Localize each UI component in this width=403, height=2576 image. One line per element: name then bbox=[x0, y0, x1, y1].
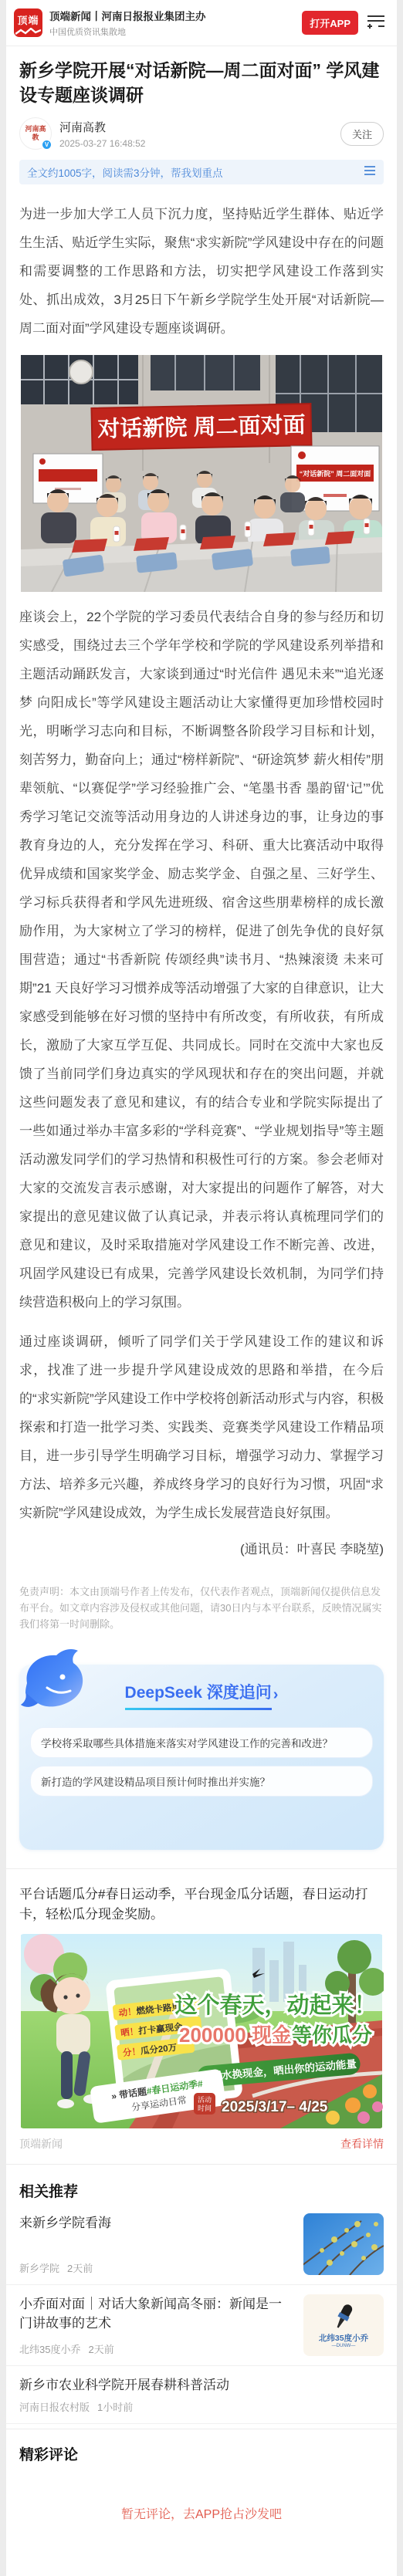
related-title: 来新乡学院看海 bbox=[19, 2213, 294, 2233]
masthead-subtitle: 中国优质资讯集散地 bbox=[49, 25, 296, 38]
related-meta: 北纬35度小乔2天前 bbox=[19, 2334, 294, 2356]
paragraph-3: 通过座谈调研，倾听了同学们关于学风建设工作的建议和诉求，找准了进一步提升学风建设… bbox=[19, 1327, 384, 1527]
masthead-title: 顶端新闻丨河南日报报业集团主办 bbox=[49, 8, 296, 23]
related-thumbnail-sky bbox=[303, 2213, 384, 2275]
svg-text:200000 现金等你瓜分: 200000 现金等你瓜分 bbox=[179, 2023, 372, 2047]
banner-dates: 2025/3/17– 4/25 bbox=[222, 2099, 328, 2115]
page: 顶端 顶端新闻丨河南日报报业集团主办 中国优质资讯集散地 打开APP 新乡学院开… bbox=[6, 0, 397, 2576]
related-item-3[interactable]: 新乡市农业科学院开展春耕科普活动 河南日报农村版1小时前 bbox=[6, 2366, 397, 2424]
publish-timestamp: 2025-03-27 16:48:52 bbox=[59, 138, 340, 149]
author-meta: 河南高教 2025-03-27 16:48:52 bbox=[59, 119, 340, 149]
masthead-text: 顶端新闻丨河南日报报业集团主办 中国优质资讯集散地 bbox=[49, 8, 296, 38]
view-details-link[interactable]: 查看详情 bbox=[340, 2136, 384, 2152]
related-thumbnail-mic: 北纬35度小乔 —DUNW— bbox=[303, 2294, 384, 2356]
logo-wave-icon bbox=[15, 28, 41, 35]
verified-badge-icon: V bbox=[41, 139, 52, 150]
article-title: 新乡学院开展“对话新院—周二面对面” 学风建设专题座谈调研 bbox=[6, 46, 397, 107]
follow-button[interactable]: 关注 bbox=[340, 122, 384, 146]
article-photo[interactable]: 对话新院 周二面对面 “对话新院” 周二面对面 bbox=[19, 355, 384, 592]
deepseek-title: DeepSeek 深度追问 bbox=[125, 1680, 272, 1710]
paragraph-2: 座谈会上，22个学院的学习委员代表结合自身的参与经历和切实感受，围绕过去三个学年… bbox=[19, 603, 384, 1317]
deepseek-question-1[interactable]: 学校将采取哪些具体措施来落实对学风建设工作的完善和改进？ bbox=[30, 1727, 373, 1758]
svg-text:活动: 活动 bbox=[198, 2095, 212, 2104]
chevron-right-icon: › bbox=[273, 1686, 279, 1704]
svg-text:时间: 时间 bbox=[198, 2104, 212, 2112]
promo-banner[interactable]: 动！燃烧卡路里 晒！打卡赢现金 分！瓜分20万 这个春天，动起来！ 200000… bbox=[19, 1934, 384, 2128]
related-header: 相关推荐 bbox=[6, 2165, 397, 2204]
deepseek-section: DeepSeek 深度追问 › 学校将采取哪些具体措施来落实对学风建设工作的完善… bbox=[19, 1665, 384, 1850]
promo-footer: 顶端新闻 查看详情 bbox=[6, 2128, 397, 2152]
photo-banner-text: 对话新院 周二面对面 bbox=[97, 412, 306, 442]
article-body: 为进一步加大学工人员下沉力度，坚持贴近学生群体、贴近学生生活、贴近学生实际，聚焦… bbox=[6, 184, 397, 1632]
correspondent-line: (通讯员：叶喜民 李晓堃) bbox=[19, 1535, 384, 1564]
paragraph-1: 为进一步加大学工人员下沉力度，坚持贴近学生群体、贴近学生生活、贴近学生实际，聚焦… bbox=[19, 200, 384, 343]
deepseek-question-2[interactable]: 新打造的学风建设精品项目预计何时推出并实施？ bbox=[30, 1766, 373, 1797]
deepseek-whale-icon bbox=[16, 1648, 93, 1716]
list-lines-icon bbox=[364, 165, 376, 180]
banner-headline: 这个春天，动起来！ bbox=[174, 1993, 376, 2018]
open-app-button[interactable]: 打开APP bbox=[302, 11, 358, 35]
photo-screen-text: “对话新院” 周二面对面 bbox=[300, 469, 371, 478]
microphone-icon bbox=[330, 2303, 357, 2331]
comments-section: 精彩评论 暂无评论，去APP抢占沙发吧 bbox=[6, 2429, 397, 2576]
related-title: 小乔面对面｜对话大象新闻高冬丽：新闻是一门讲故事的艺术 bbox=[19, 2294, 294, 2333]
author-row: 河南高教 V 河南高教 2025-03-27 16:48:52 关注 bbox=[6, 107, 397, 150]
ai-summary-bar[interactable]: 全文约1005字，阅读需3分钟，帮我划重点 bbox=[19, 160, 384, 184]
related-title: 新乡市农业科学院开展春耕科普活动 bbox=[19, 2375, 384, 2395]
font-size-control-icon[interactable] bbox=[366, 12, 386, 34]
disclaimer-text: 免责声明：本文由顶端号作者上传发布，仅代表作者观点，顶端新闻仅提供信息发布平台。… bbox=[19, 1584, 384, 1632]
author-name[interactable]: 河南高教 bbox=[59, 119, 340, 135]
related-item-2[interactable]: 小乔面对面｜对话大象新闻高冬丽：新闻是一门讲故事的艺术 北纬35度小乔2天前 北… bbox=[6, 2285, 397, 2366]
dingduan-logo[interactable]: 顶端 bbox=[14, 8, 42, 37]
masthead: 顶端 顶端新闻丨河南日报报业集团主办 中国优质资讯集散地 打开APP bbox=[6, 0, 397, 46]
author-avatar[interactable]: 河南高教 V bbox=[19, 117, 52, 150]
comments-empty-link[interactable]: 暂无评论，去APP抢占沙发吧 bbox=[19, 2504, 384, 2576]
promo-topic-text: 平台话题瓜分#春日运动季，平台现金瓜分话题，春日运动打卡，轻松瓜分现金奖励。 bbox=[6, 1869, 397, 1925]
summary-text: 全文约1005字，阅读需3分钟，帮我划重点 bbox=[27, 164, 364, 180]
related-meta: 新乡学院2天前 bbox=[19, 2253, 294, 2275]
promo-source: 顶端新闻 bbox=[19, 2136, 63, 2152]
logo-text: 顶端 bbox=[14, 12, 42, 27]
related-item-1[interactable]: 来新乡学院看海 新乡学院2天前 bbox=[6, 2204, 397, 2285]
related-meta: 河南日报农村版1小时前 bbox=[19, 2395, 384, 2414]
comments-header: 精彩评论 bbox=[19, 2443, 384, 2464]
